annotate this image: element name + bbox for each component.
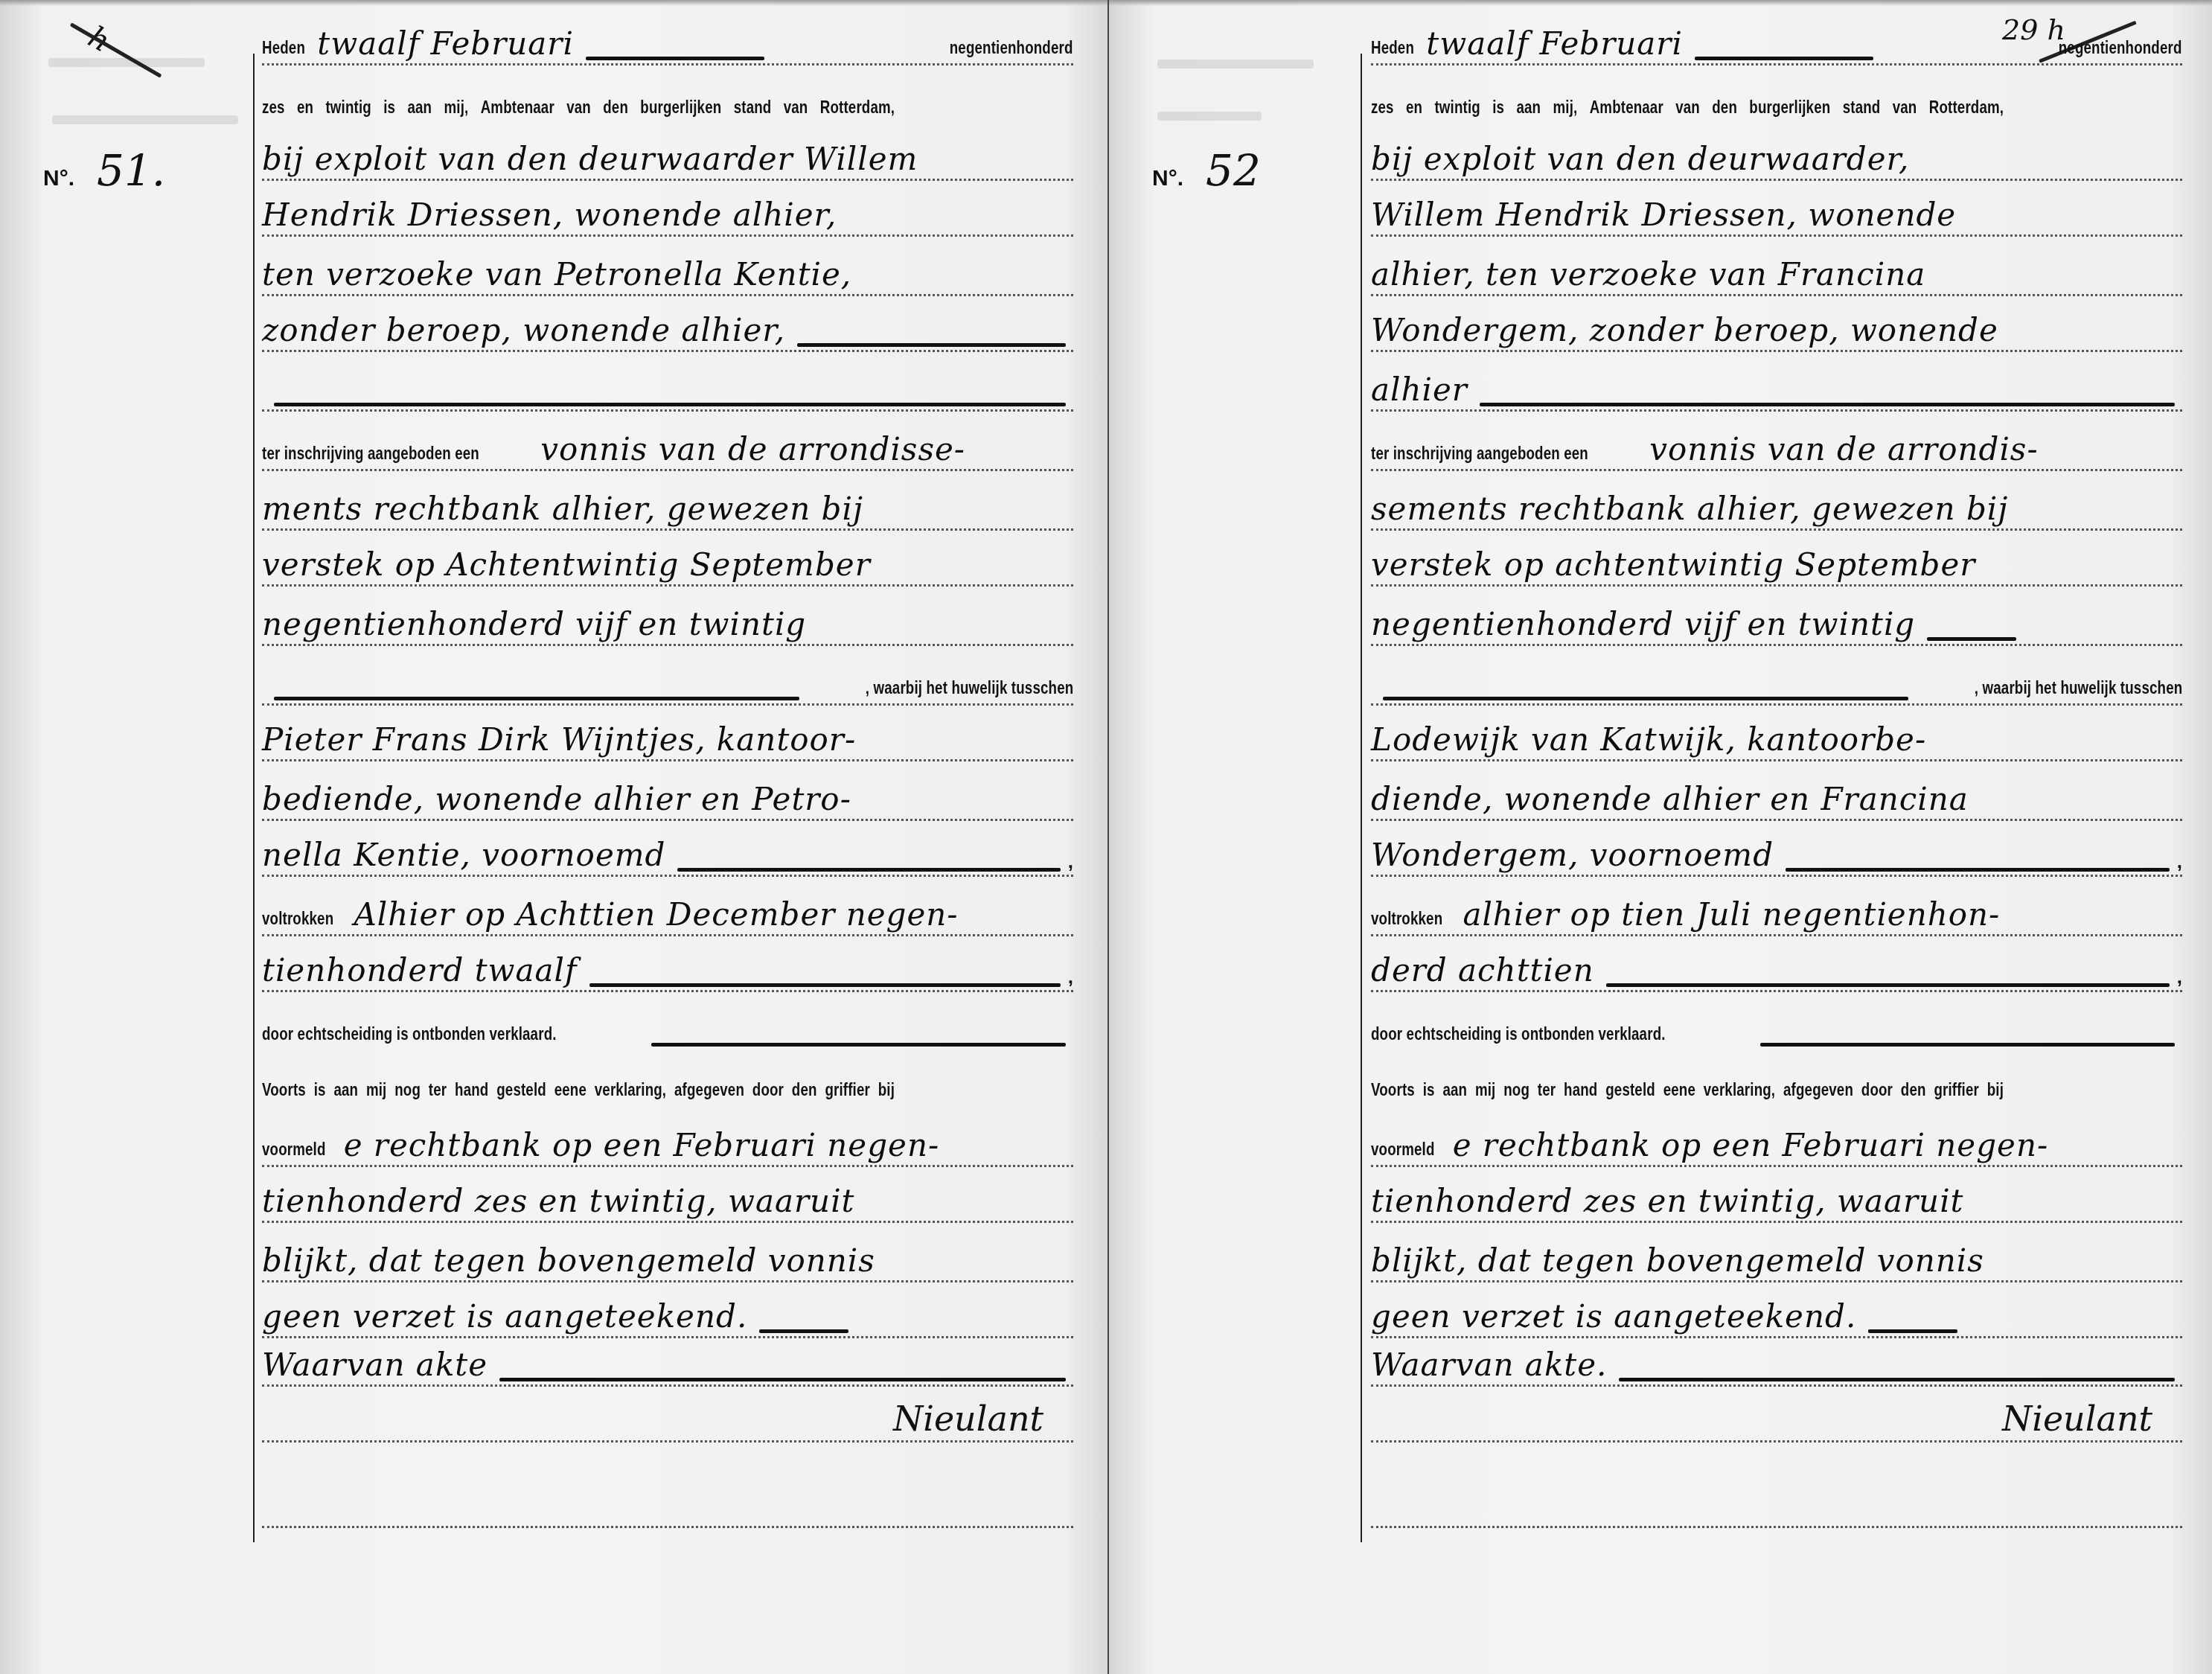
printed-word: is (1423, 1080, 1435, 1101)
handwritten-text: negentienhonderd vijf en twintig (262, 606, 806, 644)
printed-word: zes (1371, 98, 1394, 118)
printed-word: aan (333, 1080, 358, 1101)
printed-word: van (1893, 98, 1917, 118)
printed-word: aan (407, 98, 432, 118)
fill-dash (1606, 983, 2170, 987)
fill-dash (1786, 868, 2170, 872)
parties-line: Wondergem, voornoemd, (1371, 830, 2182, 877)
printed-word: en (297, 98, 313, 118)
voltrokken-line: voltrokkenalhier op tien Juli negentienh… (1371, 889, 2182, 936)
printed-word: den (603, 98, 628, 118)
exploit-line: alhier (1371, 365, 2182, 412)
fill-dash (1619, 1378, 2175, 1381)
printed-word: is (1492, 98, 1504, 118)
printed-word: mij, (1553, 98, 1577, 118)
printed-word: nog (394, 1080, 421, 1101)
handwritten-text: Pieter Frans Dirk Wijntjes, kantoor- (262, 721, 856, 759)
fill-dash (499, 1378, 1066, 1381)
handwritten-text: ten verzoeke van Petronella Kentie, (262, 256, 851, 294)
printed-word: afgegeven (674, 1080, 744, 1101)
printed-word: is (383, 98, 395, 118)
register-page-right: 29 h N°.52 Heden twaalf Februarinegentie… (1107, 0, 2212, 1674)
page-edge-shadow (1109, 0, 2212, 6)
handwritten-text: Willem Hendrik Driessen, wonende (1371, 197, 1956, 234)
waarvan-akte-line: Waarvan akte. (1371, 1340, 2182, 1387)
heden-line: Heden twaalf Februarinegentienhonderd (262, 19, 1073, 66)
number-prefix: N°. (1152, 166, 1183, 191)
handwritten-text: diende, wonende alhier en Francina (1371, 781, 1969, 819)
label-heden: Heden (262, 38, 305, 63)
printed-word: verklaring, (1704, 1080, 1775, 1101)
vonnis-line: negentienhonderd vijf en twintig (1371, 599, 2182, 646)
signature-line: Nieulant (262, 1396, 1073, 1443)
handwritten-text: vonnis van de arrondis- (1649, 431, 2038, 469)
voltrokken-line: derd achttien, (1371, 945, 2182, 992)
comma: , (2177, 850, 2182, 875)
exploit-line: Willem Hendrik Driessen, wonende (1371, 190, 2182, 237)
exploit-line: bij exploit van den deurwaarder, (1371, 134, 2182, 181)
printed-word: Voorts (1371, 1080, 1415, 1101)
printed-word: eene (554, 1080, 586, 1101)
printed-word: door (752, 1080, 784, 1101)
verklaring-line: geen verzet is aangeteekend. (262, 1291, 1073, 1338)
handwritten-text: bediende, wonende alhier en Petro- (262, 781, 851, 819)
comma: , (1068, 965, 1073, 990)
verklaring-line: blijkt, dat tegen bovengemeld vonnis (1371, 1236, 2182, 1282)
blank-line (1371, 1481, 2182, 1528)
bleed-through-text (1157, 112, 1262, 121)
handwritten-text: Waarvan akte (262, 1346, 488, 1384)
handwritten-text: blijkt, dat tegen bovengemeld vonnis (262, 1242, 875, 1280)
label-waarbij: , waarbij het huwelijk tusschen (1975, 678, 2182, 703)
vonnis-line: verstek op achtentwintig September (1371, 540, 2182, 587)
voltrokken-line: voltrokkenAlhier op Achttien December ne… (262, 889, 1073, 936)
label-door-echtscheiding: door echtscheiding is ontbonden verklaar… (1371, 1024, 1666, 1050)
label-voormeld: voormeld (1371, 1140, 1435, 1165)
printed-word: burgerlijken (1749, 98, 1830, 118)
handwritten-text: tienhonderd zes en twintig, waaruit (262, 1183, 854, 1221)
label-negentienhonderd: negentienhonderd (2059, 38, 2182, 63)
fill-dash (586, 57, 764, 60)
handwritten-text: zonder beroep, wonende alhier, (262, 312, 785, 350)
verklaring-line: blijkt, dat tegen bovengemeld vonnis (262, 1236, 1073, 1282)
fill-dash (677, 868, 1060, 872)
printed-word: van (1675, 98, 1700, 118)
echtscheiding-line: door echtscheiding is ontbonden verklaar… (262, 1005, 1073, 1050)
parties-line: bediende, wonende alhier en Petro- (262, 774, 1073, 821)
label-voormeld: voormeld (262, 1140, 326, 1165)
handwritten-text: sements rechtbank alhier, gewezen bij (1371, 491, 2008, 528)
fill-dash (1383, 697, 1908, 700)
parties-line: nella Kentie, voornoemd, (262, 830, 1073, 877)
blank-line (262, 1481, 1073, 1528)
handwritten-text: Wondergem, zonder beroep, wonende (1371, 312, 1998, 350)
label-voltrokken: voltrokken (1371, 909, 1442, 934)
handwritten-text: geen verzet is aangeteekend. (262, 1298, 747, 1336)
printed-word: burgerlijken (640, 98, 721, 118)
printed-word: van (566, 98, 591, 118)
handwritten-text: nella Kentie, voornoemd (262, 837, 665, 875)
parties-line: Pieter Frans Dirk Wijntjes, kantoor- (262, 715, 1073, 761)
label-waarbij: , waarbij het huwelijk tusschen (866, 678, 1073, 703)
printed-line-voorts: Voortsisaanmijnogterhandgesteldeeneverkl… (1371, 1080, 2004, 1105)
handwritten-text: alhier, ten verzoeke van Francina (1371, 256, 1925, 294)
printed-word: Rotterdam, (820, 98, 895, 118)
exploit-line: Hendrik Driessen, wonende alhier, (262, 190, 1073, 237)
printed-word: aan (1442, 1080, 1467, 1101)
printed-word: door (1861, 1080, 1893, 1101)
printed-word: ter (1538, 1080, 1556, 1101)
fill-dash (1480, 403, 2175, 406)
printed-word: Ambtenaar (1590, 98, 1663, 118)
vonnis-line: negentienhonderd vijf en twintig (262, 599, 1073, 646)
handwritten-text: Alhier op Achttien December negen- (354, 896, 958, 934)
printed-word: mij (1475, 1080, 1496, 1101)
handwritten-text: ments rechtbank alhier, gewezen bij (262, 491, 863, 528)
handwritten-text: tienhonderd twaalf (262, 952, 578, 990)
waarvan-akte-line: Waarvan akte (262, 1340, 1073, 1387)
printed-word: aan (1516, 98, 1541, 118)
vonnis-line: verstek op Achtentwintig September (262, 540, 1073, 587)
handwritten-text: alhier op tien Juli negentienhon- (1463, 896, 2000, 934)
voorts-line: Voortsisaanmijnogterhandgesteldeeneverkl… (1371, 1061, 2182, 1105)
fill-dash (1927, 637, 2016, 641)
comma: , (2177, 965, 2182, 990)
verklaring-line: tienhonderd zes en twintig, waaruit (262, 1176, 1073, 1223)
handwritten-text: vonnis van de arrondisse- (540, 431, 965, 469)
printed-word: afgegeven (1783, 1080, 1853, 1101)
fill-dash (274, 403, 1066, 406)
bleed-through-text (48, 58, 205, 67)
margin-rule (253, 54, 255, 1542)
printed-word: twintig (1434, 98, 1480, 118)
record-number: 52 (1206, 145, 1261, 196)
bleed-through-text (52, 115, 238, 124)
printed-word: Voorts (262, 1080, 306, 1101)
handwritten-text: Waarvan akte. (1371, 1346, 1607, 1384)
label-negentienhonderd: negentienhonderd (950, 38, 1073, 63)
verklaring-line: voormelde rechtbank op een Februari nege… (1371, 1120, 2182, 1167)
printed-word: den (792, 1080, 817, 1101)
voorts-line: Voortsisaanmijnogterhandgesteldeeneverkl… (262, 1061, 1073, 1105)
page-edge-shadow (0, 0, 1107, 6)
waarbij-line: , waarbij het huwelijk tusschen (262, 659, 1073, 706)
record-number: 51. (97, 145, 165, 196)
fill-dash (1760, 1043, 2175, 1047)
printed-line-ambtenaar: zesentwintigisaanmij,Ambtenaarvandenburg… (1371, 98, 2004, 123)
ambtenaar-line: zesentwintigisaanmij,Ambtenaarvandenburg… (262, 78, 1073, 123)
printed-line-ambtenaar: zesentwintigisaanmij,Ambtenaarvandenburg… (262, 98, 895, 123)
printed-word: hand (1564, 1080, 1597, 1101)
label-ter-inschrijving: ter inschrijving aangeboden een (1371, 444, 1588, 469)
bleed-through-text (1157, 60, 1314, 68)
blank-line (262, 365, 1073, 412)
ambtenaar-line: zesentwintigisaanmij,Ambtenaarvandenburg… (1371, 78, 2182, 123)
vonnis-line: ter inschrijving aangeboden een vonnis v… (262, 424, 1073, 471)
fill-dash (759, 1329, 848, 1333)
printed-word: stand (734, 98, 772, 118)
printed-word: mij, (444, 98, 468, 118)
signature-line: Nieulant (1371, 1396, 2182, 1443)
margin-rule (1361, 54, 1362, 1542)
handwritten-text: verstek op Achtentwintig September (262, 546, 871, 584)
printed-word: hand (455, 1080, 488, 1101)
printed-word: gesteld (1605, 1080, 1655, 1101)
parties-line: diende, wonende alhier en Francina (1371, 774, 2182, 821)
handwritten-text: derd achttien (1371, 952, 1594, 990)
handwritten-text: tienhonderd zes en twintig, waaruit (1371, 1183, 1963, 1221)
printed-word: Rotterdam, (1929, 98, 2004, 118)
signature: Nieulant (2002, 1399, 2152, 1440)
printed-word: Ambtenaar (481, 98, 554, 118)
record-number-52: N°.52 (1152, 145, 1261, 196)
waarbij-line: , waarbij het huwelijk tusschen (1371, 659, 2182, 706)
verklaring-line: tienhonderd zes en twintig, waaruit (1371, 1176, 2182, 1223)
register-page-left: h N°.51. Heden twaalf Februarinegentienh… (0, 0, 1107, 1674)
label-heden: Heden (1371, 38, 1414, 63)
printed-word: van (784, 98, 808, 118)
vonnis-line: sements rechtbank alhier, gewezen bij (1371, 484, 2182, 531)
handwritten-text: alhier (1371, 371, 1468, 409)
handwritten-text: e rechtbank op een Februari negen- (344, 1127, 940, 1165)
verklaring-line: geen verzet is aangeteekend. (1371, 1291, 2182, 1338)
parties-line: Lodewijk van Katwijk, kantoorbe- (1371, 715, 2182, 761)
heden-line: Heden twaalf Februarinegentienhonderd (1371, 19, 2182, 66)
printed-word: bij (1987, 1080, 2004, 1101)
fill-dash (1695, 57, 1873, 60)
voltrokken-line: tienhonderd twaalf, (262, 945, 1073, 992)
handwritten-text: bij exploit van den deurwaarder, (1371, 141, 1909, 179)
exploit-line: bij exploit van den deurwaarder Willem (262, 134, 1073, 181)
record-number-51: N°.51. (43, 145, 165, 196)
printed-word: ter (429, 1080, 447, 1101)
fill-dash (797, 343, 1066, 347)
printed-word: gesteld (496, 1080, 546, 1101)
printed-word: en (1406, 98, 1422, 118)
label-voltrokken: voltrokken (262, 909, 333, 934)
handwritten-text: Wondergem, voornoemd (1371, 837, 1774, 875)
label-door-echtscheiding: door echtscheiding is ontbonden verklaar… (262, 1024, 557, 1050)
printed-word: nog (1503, 1080, 1529, 1101)
label-ter-inschrijving: ter inschrijving aangeboden een (262, 444, 479, 469)
handwritten-date: twaalf Februari (317, 25, 574, 63)
exploit-line: Wondergem, zonder beroep, wonende (1371, 305, 2182, 352)
printed-word: mij (366, 1080, 387, 1101)
handwritten-text: e rechtbank op een Februari negen- (1453, 1127, 2049, 1165)
printed-word: eene (1663, 1080, 1695, 1101)
exploit-line: zonder beroep, wonende alhier, (262, 305, 1073, 352)
number-prefix: N°. (43, 166, 74, 191)
handwritten-text: Lodewijk van Katwijk, kantoorbe- (1371, 721, 1926, 759)
fill-dash (589, 983, 1061, 987)
vonnis-line: ments rechtbank alhier, gewezen bij (262, 484, 1073, 531)
handwritten-text: blijkt, dat tegen bovengemeld vonnis (1371, 1242, 1984, 1280)
printed-word: stand (1843, 98, 1881, 118)
fill-dash (1868, 1329, 1957, 1333)
echtscheiding-line: door echtscheiding is ontbonden verklaar… (1371, 1005, 2182, 1050)
printed-word: den (1901, 1080, 1926, 1101)
signature: Nieulant (893, 1399, 1043, 1440)
handwritten-text: geen verzet is aangeteekend. (1371, 1298, 1856, 1336)
handwritten-text: bij exploit van den deurwaarder Willem (262, 141, 918, 179)
fill-dash (651, 1043, 1066, 1047)
printed-word: griffier (825, 1080, 870, 1101)
printed-word: zes (262, 98, 285, 118)
comma: , (1068, 850, 1073, 875)
printed-word: verklaring, (595, 1080, 666, 1101)
printed-word: is (314, 1080, 326, 1101)
vonnis-line: ter inschrijving aangeboden een vonnis v… (1371, 424, 2182, 471)
verklaring-line: voormelde rechtbank op een Februari nege… (262, 1120, 1073, 1167)
printed-word: griffier (1934, 1080, 1979, 1101)
printed-word: den (1712, 98, 1737, 118)
fill-dash (274, 697, 799, 700)
handwritten-date: twaalf Februari (1426, 25, 1683, 63)
printed-word: twintig (325, 98, 371, 118)
handwritten-text: verstek op achtentwintig September (1371, 546, 1975, 584)
printed-word: bij (878, 1080, 895, 1101)
printed-line-voorts: Voortsisaanmijnogterhandgesteldeeneverkl… (262, 1080, 895, 1105)
handwritten-text: negentienhonderd vijf en twintig (1371, 606, 1915, 644)
exploit-line: ten verzoeke van Petronella Kentie, (262, 249, 1073, 296)
handwritten-text: Hendrik Driessen, wonende alhier, (262, 197, 837, 234)
exploit-line: alhier, ten verzoeke van Francina (1371, 249, 2182, 296)
